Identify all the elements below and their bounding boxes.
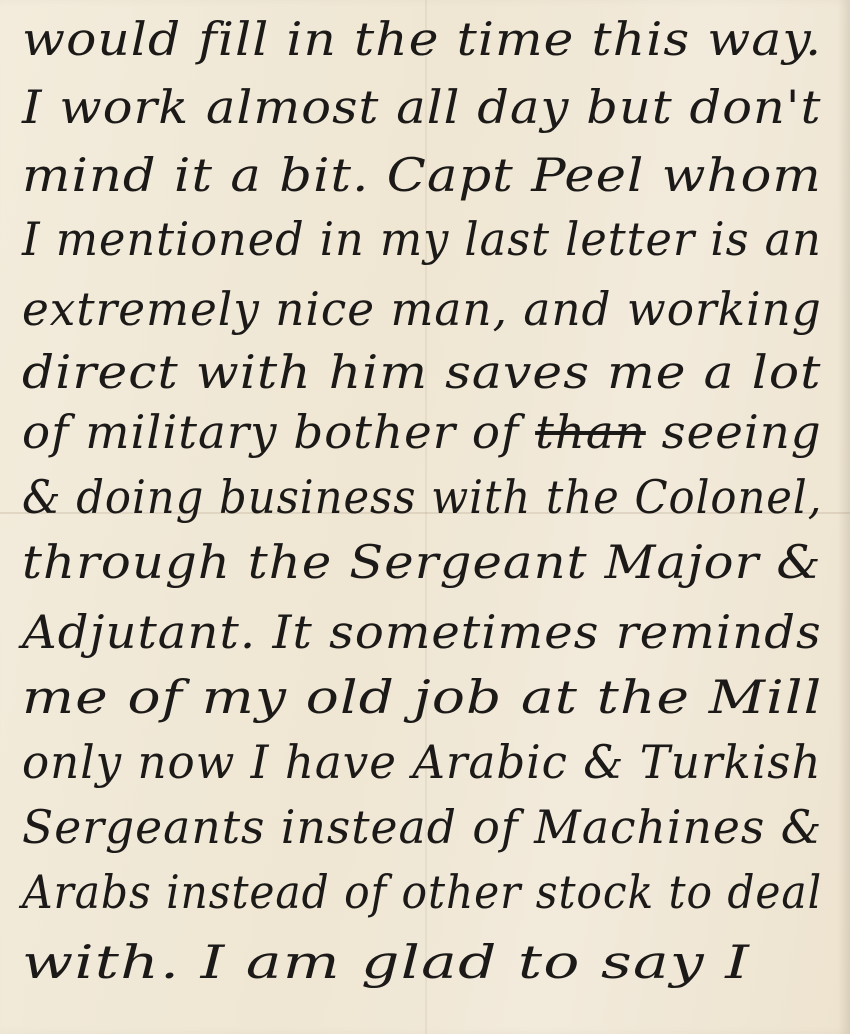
handwritten-line-5: extremely nice man, and working	[22, 282, 822, 336]
letter-page: would fill in the time this way. I work …	[0, 0, 850, 1034]
line-7-after: seeing	[662, 405, 822, 459]
handwritten-line-2: I work almost all day but don't	[22, 80, 822, 134]
handwritten-line-15: with. I am glad to say I	[22, 935, 750, 989]
struck-word: than	[535, 405, 646, 459]
handwritten-line-7: of military bother of than seeing	[22, 405, 822, 459]
line-7-text: of military bother of	[22, 405, 519, 459]
handwritten-line-6: direct with him saves me a lot	[22, 345, 821, 399]
handwritten-line-12: only now I have Arabic & Turkish	[22, 735, 822, 789]
handwritten-line-11: me of my old job at the Mill	[22, 670, 822, 724]
handwritten-line-13: Sergeants instead of Machines &	[22, 800, 822, 854]
paper-edge	[838, 0, 850, 1034]
handwritten-line-10: Adjutant. It sometimes reminds	[22, 605, 822, 659]
handwritten-line-14: Arabs instead of other stock to deal	[22, 865, 822, 919]
handwritten-line-8: & doing business with the Colonel,	[22, 470, 822, 524]
handwritten-line-4: I mentioned in my last letter is an	[22, 212, 822, 266]
handwritten-line-3: mind it a bit. Capt Peel whom	[22, 148, 822, 202]
handwritten-line-9: through the Sergeant Major &	[22, 535, 822, 589]
handwritten-line-1: would fill in the time this way.	[22, 12, 822, 66]
